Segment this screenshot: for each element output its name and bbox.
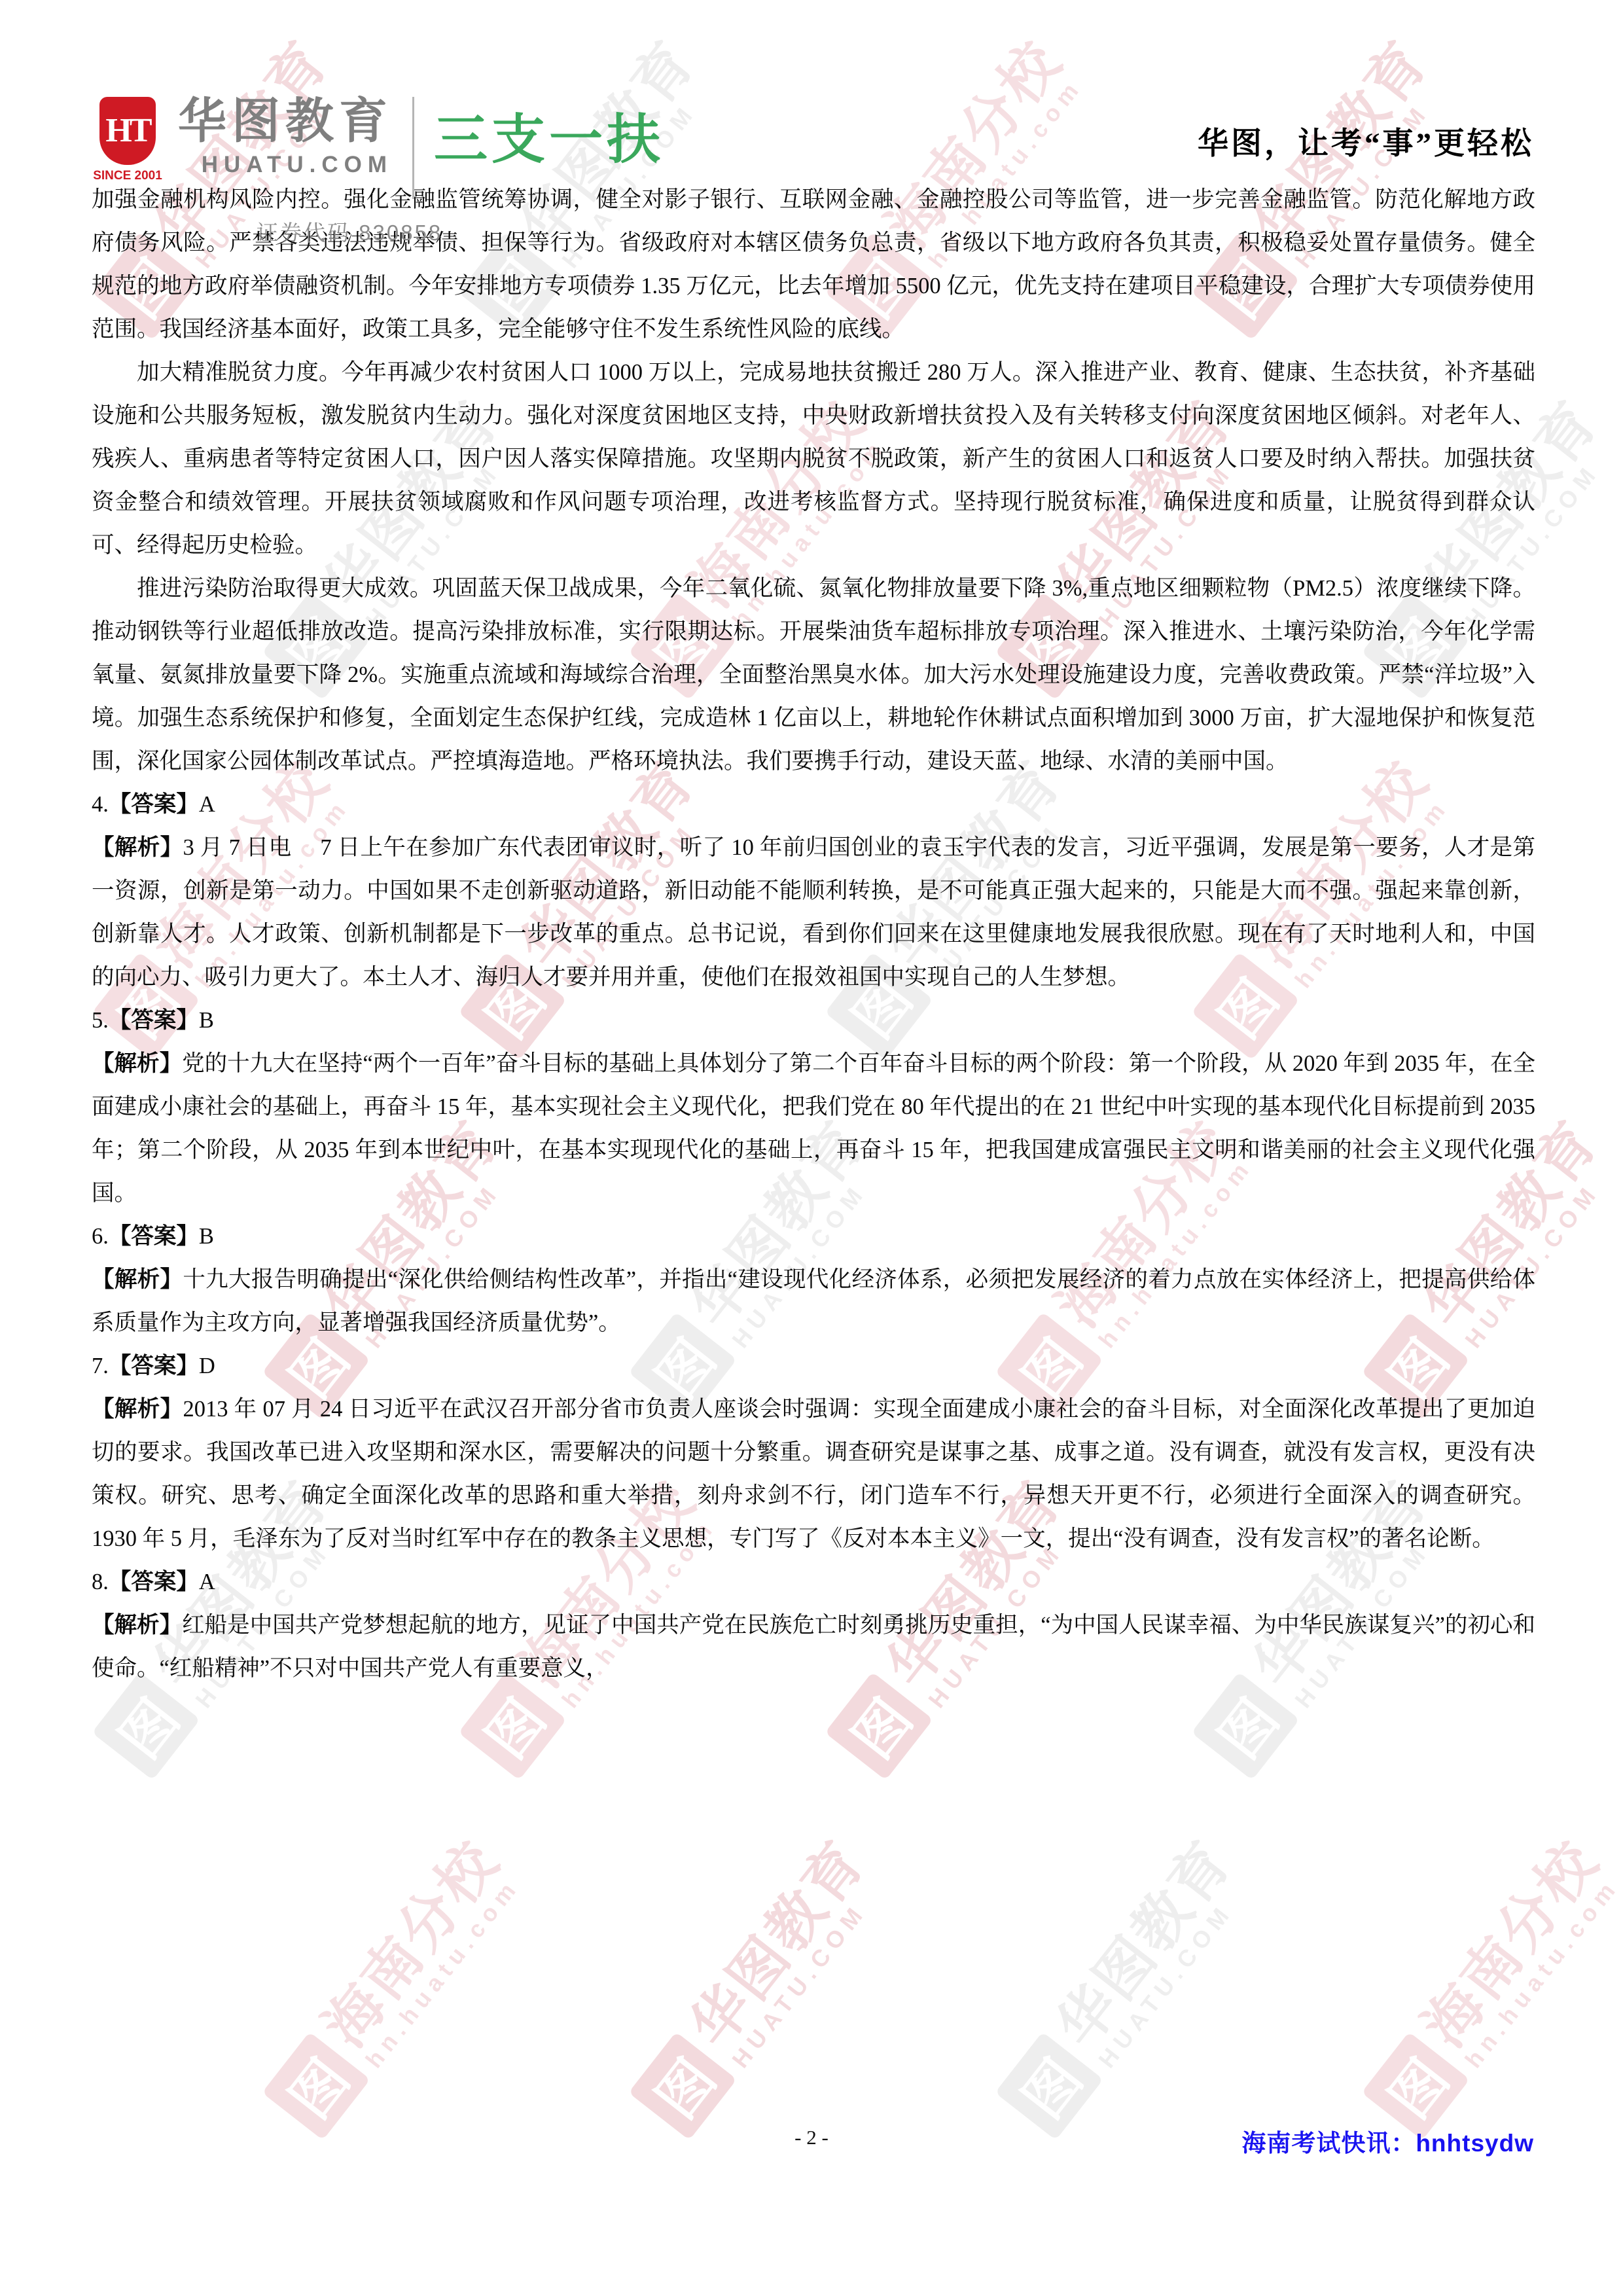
watermark-tile: 图海南分校hn.huatu.com [1359, 1830, 1623, 2142]
analysis-8: 【解析】红船是中国共产党梦想起航的地方，见证了中国共产党在民族危亡时刻勇挑历史重… [92, 1604, 1535, 1690]
analysis-5: 【解析】党的十九大在坚持“两个一百年”奋斗目标的基础上具体划分了第二个百年奋斗目… [92, 1042, 1535, 1215]
answer-line-8: 8.【答案】A [92, 1560, 1535, 1604]
analysis-7: 【解析】2013 年 07 月 24 日习近平在武汉召开部分省市负责人座谈会时强… [92, 1388, 1535, 1560]
answer-line-4: 4.【答案】A [92, 783, 1535, 826]
logo-since-label: SINCE 2001 [93, 169, 162, 183]
document-body: 加强金融机构风险内控。强化金融监管统筹协调，健全对影子银行、互联网金融、金融控股… [92, 178, 1535, 1690]
header-slogan: 华图，让考“事”更轻松 [1198, 119, 1534, 163]
answer-line-5: 5.【答案】B [92, 999, 1535, 1042]
answer-line-6: 6.【答案】B [92, 1215, 1535, 1258]
watermark-tile: 图华图教育HUATU.COM [626, 1830, 896, 2142]
stock-code-label: 证券代码 830858 [257, 216, 442, 247]
analysis-4: 【解析】3 月 7 日电 7 日上午在参加广东代表团审议时，听了 10 年前归国… [92, 826, 1535, 999]
page-header: HT SINCE 2001 华图教育 HUATU.COM 三支一扶 证券代码 8… [92, 97, 1534, 208]
paragraph-pollution: 推进污染防治取得更大成效。巩固蓝天保卫战成果，今年二氧化硫、氮氧化物排放量要下降… [92, 567, 1535, 783]
paragraph-poverty: 加大精准脱贫力度。今年再减少农村贫困人口 1000 万以上，完成易地扶贫搬迁 2… [92, 351, 1535, 567]
huatu-shield-icon: HT [99, 97, 156, 165]
brand-name-cn: 华图教育 [178, 97, 393, 145]
watermark-logo-icon: 图 [995, 2032, 1103, 2140]
footer-notice: 海南考试快讯：hnhtsydw [1241, 2123, 1534, 2159]
brand-block: 华图教育 HUATU.COM [178, 97, 393, 178]
document-page: 图华图教育HUATU.COM图华图教育HUATU.COM图海南分校hn.huat… [0, 0, 1623, 2296]
huatu-logo: HT SINCE 2001 华图教育 HUATU.COM 三支一扶 [92, 97, 664, 199]
huatu-shield-logo: HT SINCE 2001 [92, 97, 164, 183]
watermark-tile: 图华图教育HUATU.COM [992, 1830, 1262, 2142]
brand-url: HUATU.COM [202, 152, 393, 178]
logo-divider [412, 97, 414, 199]
watermark-logo-icon: 图 [262, 2032, 370, 2140]
logo-monogram: HT [105, 114, 149, 148]
analysis-6: 【解析】十九大报告明确提出“深化供给侧结构性改革”，并指出“建设现代化经济体系，… [92, 1258, 1535, 1344]
watermark-tile: 图海南分校hn.huatu.com [259, 1830, 529, 2142]
watermark-logo-icon: 图 [628, 2032, 737, 2140]
answer-line-7: 7.【答案】D [92, 1344, 1535, 1388]
product-name: 三支一扶 [434, 97, 664, 183]
